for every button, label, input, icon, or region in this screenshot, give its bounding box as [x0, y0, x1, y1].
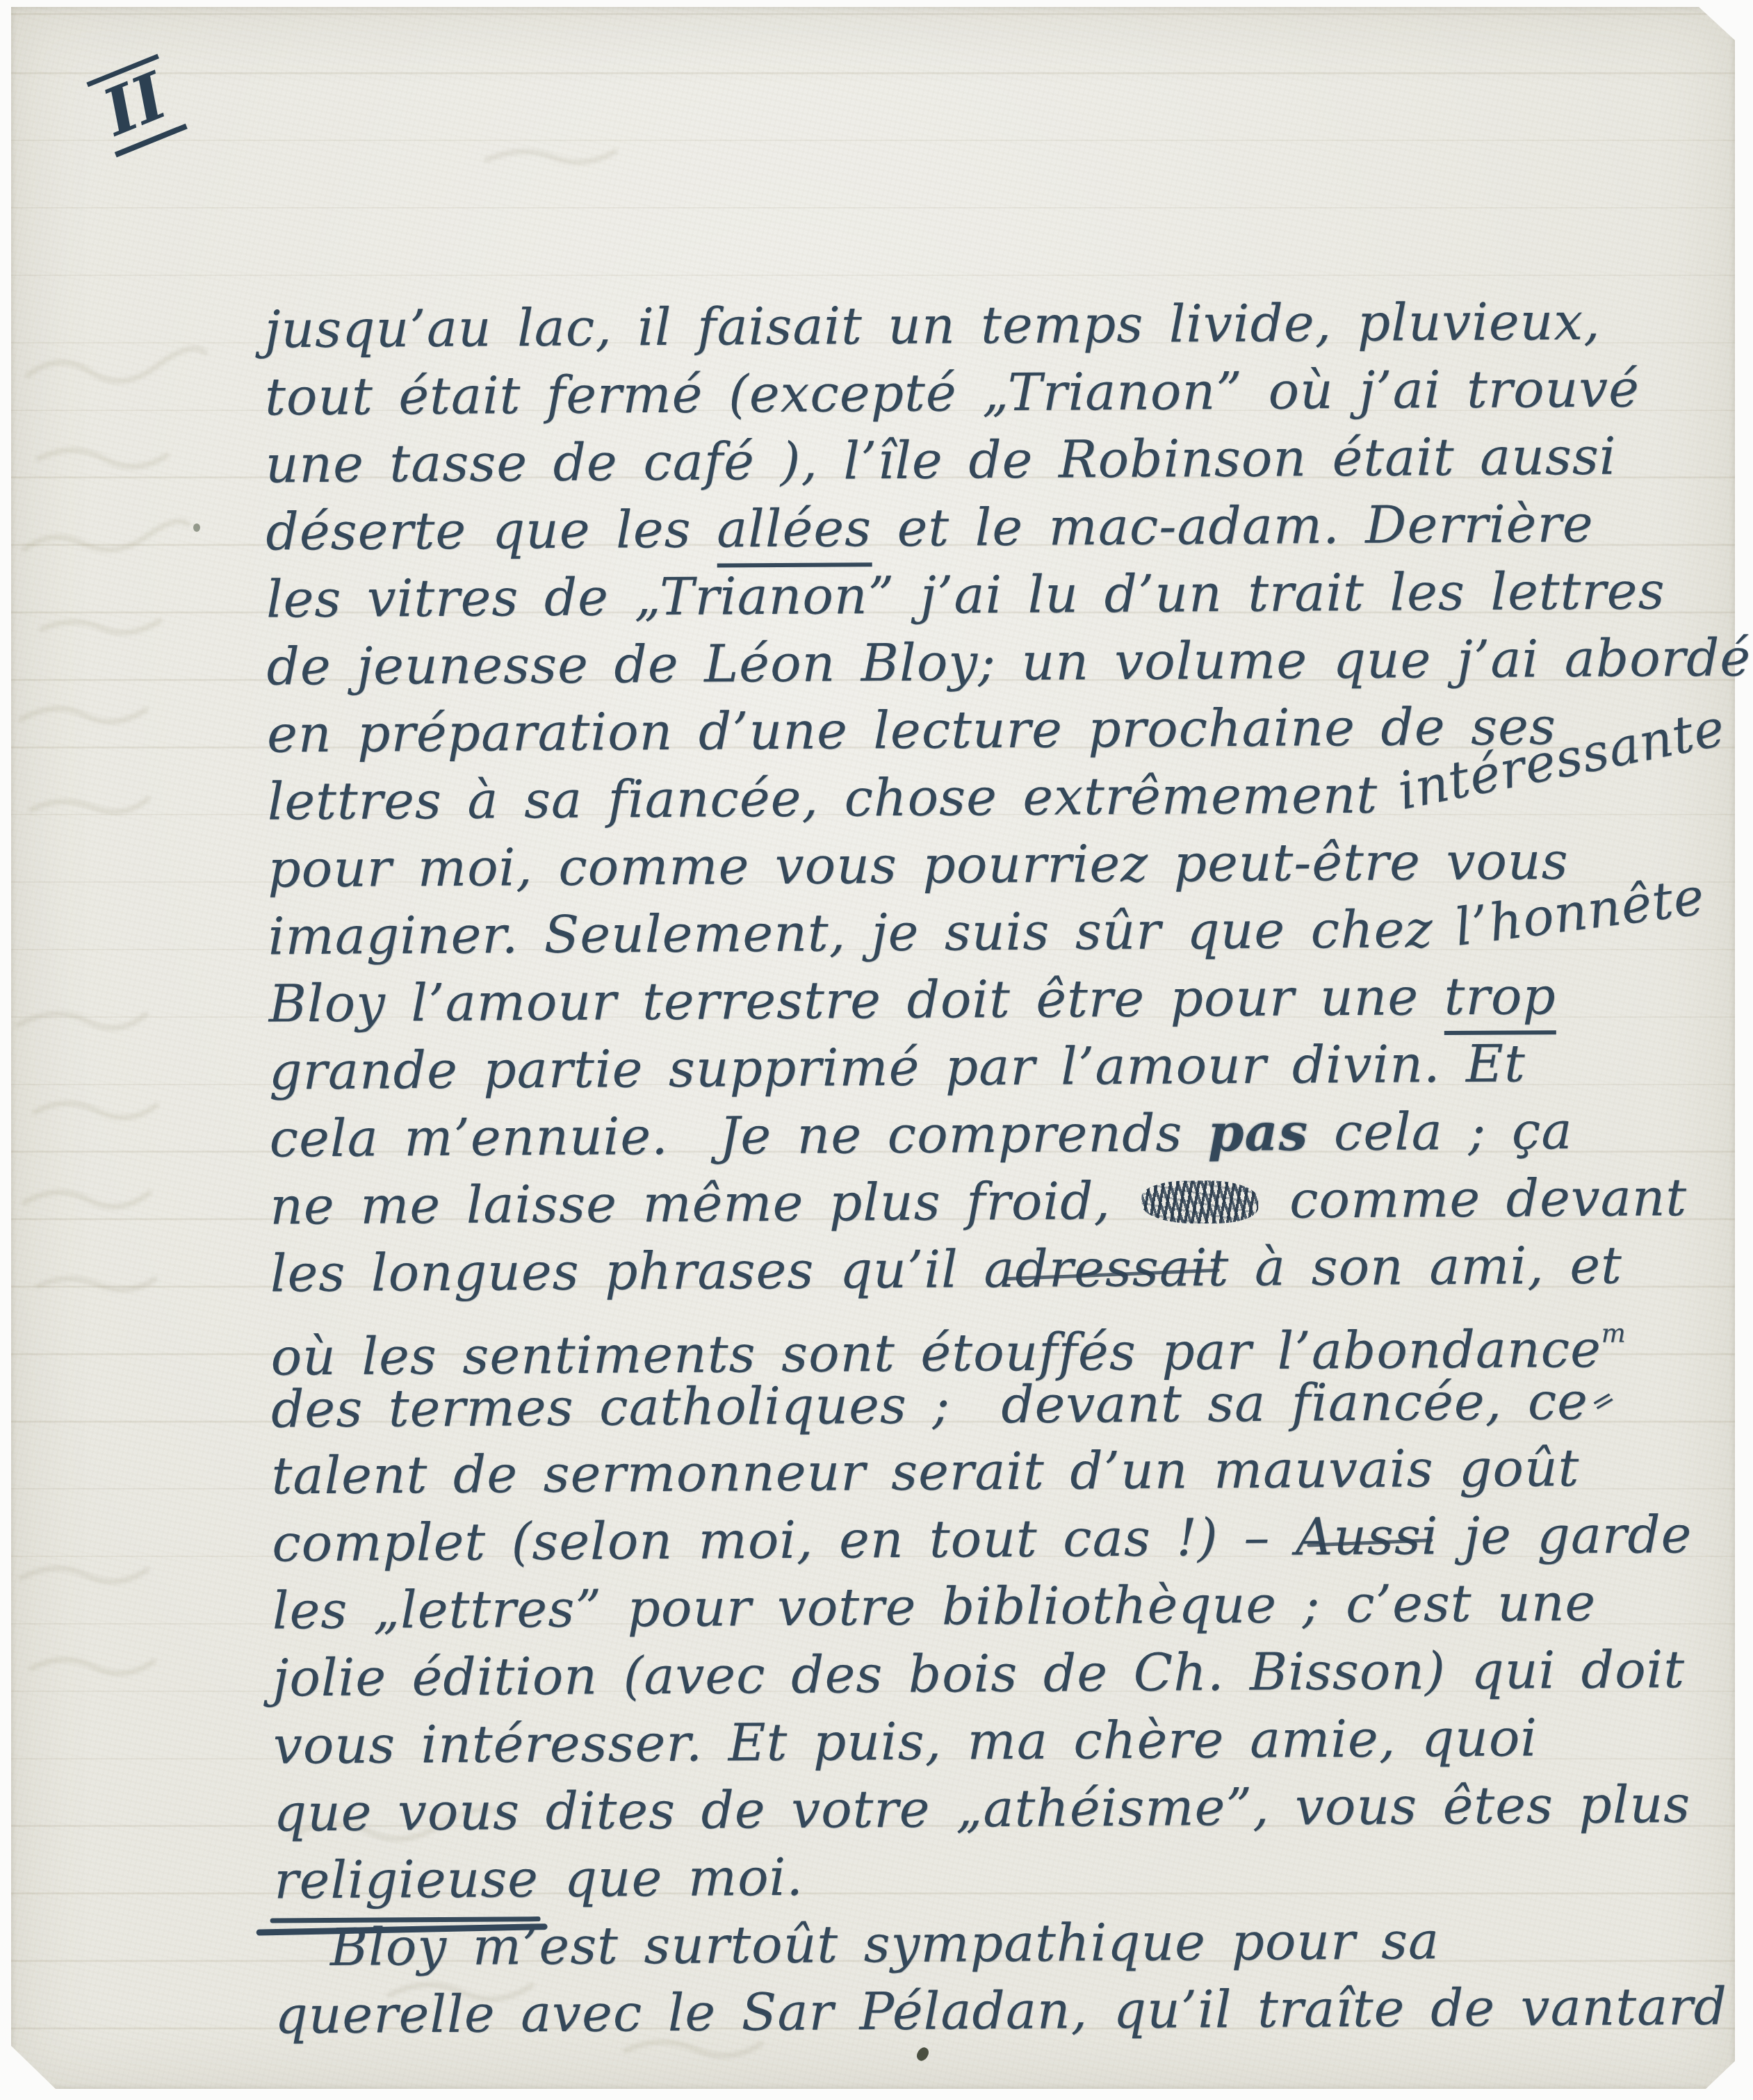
text-segment: pour moi, comme vous pourriez peut-être … [268, 831, 1569, 899]
text-segment: ne me laisse même plus froid, [270, 1171, 1136, 1237]
letter-line: querelle avec le Sar Péladan, qu’il traî… [275, 1973, 1742, 2050]
underlined-word: allées [717, 495, 872, 567]
text-segment: cela ; ça [1308, 1101, 1573, 1162]
scribbled-out-word [1141, 1180, 1258, 1224]
text-segment: et le mac-adam. Derrière [872, 494, 1594, 558]
letter-line: des termes catholiques ; devant sa fianc… [271, 1367, 1738, 1443]
underlined-word: trop [1444, 963, 1556, 1035]
letter-line: complet (selon moi, en tout cas !) – Aus… [272, 1501, 1739, 1578]
overwritten-word: pas [1208, 1102, 1309, 1163]
letter-line: jolie édition (avec des bois de Ch. Biss… [272, 1636, 1740, 1713]
text-segment: Bloy l’amour terrestre doit être pour un… [268, 967, 1444, 1034]
text-segment: vous intéresser. Et puis, ma chère amie,… [273, 1708, 1538, 1775]
letter-line: que vous dites de votre „athéisme”, vous… [273, 1771, 1740, 1848]
text-segment: jusqu’au lac, il faisait un temps livide… [264, 292, 1601, 360]
letter-text-block: jusqu’au lac, il faisait un temps livide… [264, 288, 1741, 2050]
text-segment: jolie édition (avec des bois de Ch. Biss… [272, 1640, 1685, 1708]
inserted-mark: m [1601, 1319, 1626, 1349]
letter-line: déserte que les allées et le mac-adam. D… [266, 490, 1733, 567]
letter-line: Bloy l’amour terrestre doit être pour un… [268, 962, 1736, 1039]
letter-line: grande partie supprimé par l’amour divin… [269, 1029, 1736, 1106]
text-segment: les „lettres” pour votre bibliothèque ; … [272, 1573, 1597, 1641]
text-segment: cela m’ennuie. Je ne comprends [269, 1103, 1208, 1169]
text-segment: grande partie supprimé par l’amour divin… [269, 1034, 1526, 1101]
letter-line: où les sentiments sont étouffés par l’ab… [270, 1299, 1738, 1376]
text-segment: talent de sermonneur serait d’un mauvais… [271, 1438, 1579, 1506]
text-segment: je garde [1438, 1505, 1692, 1566]
letter-line: les longues phrases qu’il adressait à so… [270, 1232, 1738, 1308]
text-segment: une tasse de café ), l’île de Robinson é… [266, 427, 1617, 495]
letter-line: talent de sermonneur serait d’un mauvais… [271, 1434, 1738, 1511]
letter-line: de jeunesse de Léon Bloy; un volume que … [266, 625, 1734, 701]
letter-line: les vitres de „Trianon” j’ai lu d’un tra… [266, 557, 1734, 634]
letter-line: jusqu’au lac, il faisait un temps livide… [264, 288, 1731, 364]
scanned-letter-page: { "page_number": "II", "colors": { "ink"… [0, 0, 1753, 2100]
corrected-word: adressait [984, 1235, 1230, 1303]
letter-line: lettres à sa fiancée, chose extrêmement … [267, 760, 1734, 836]
letter-line: une tasse de café ), l’île de Robinson é… [266, 423, 1733, 499]
double-underlined-word: religieuse [274, 1846, 539, 1914]
letter-line: cela m’ennuie. Je ne comprends pas cela … [269, 1097, 1736, 1173]
text-segment: en préparation d’une lecture prochaine d… [267, 697, 1556, 764]
text-segment: lettres à sa fiancée, chose extrêmement [267, 765, 1403, 831]
text-segment: imaginer. Seulement, je suis sûr que che… [268, 900, 1459, 966]
letter-line: tout était fermé (excepté „Trianon” où j… [265, 355, 1732, 432]
letter-line: religieuse que moi. [274, 1839, 1741, 1915]
text-segment: déserte que les [266, 500, 717, 562]
corrected-word: Aussi [1296, 1503, 1439, 1571]
text-segment: des termes catholiques ; devant sa fianc… [271, 1371, 1588, 1440]
text-segment: tout était fermé (excepté „Trianon” où j… [265, 359, 1640, 427]
text-segment: les longues phrases qu’il [270, 1239, 984, 1303]
text-segment: querelle avec le Sar Péladan, qu’il traî… [275, 1977, 1727, 2046]
text-segment: complet (selon moi, en tout cas !) – [272, 1507, 1296, 1573]
letter-line: les „lettres” pour votre bibliothèque ; … [272, 1569, 1740, 1645]
letter-line: vous intéresser. Et puis, ma chère amie,… [273, 1704, 1740, 1780]
ink-speck-small [193, 523, 200, 532]
text-segment: que vous dites de votre „athéisme”, vous… [273, 1775, 1690, 1843]
letter-line: imaginer. Seulement, je suis sûr que che… [268, 895, 1736, 971]
text-segment: que moi. [539, 1848, 804, 1909]
text-segment: à son ami, et [1229, 1236, 1622, 1298]
letter-line: ne me laisse même plus froid, comme deva… [270, 1164, 1737, 1241]
text-segment: les vitres de „Trianon” j’ai lu d’un tra… [266, 561, 1665, 629]
text-segment: comme devant [1264, 1168, 1687, 1230]
text-segment: de jeunesse de Léon Bloy; un volume que … [266, 628, 1751, 697]
